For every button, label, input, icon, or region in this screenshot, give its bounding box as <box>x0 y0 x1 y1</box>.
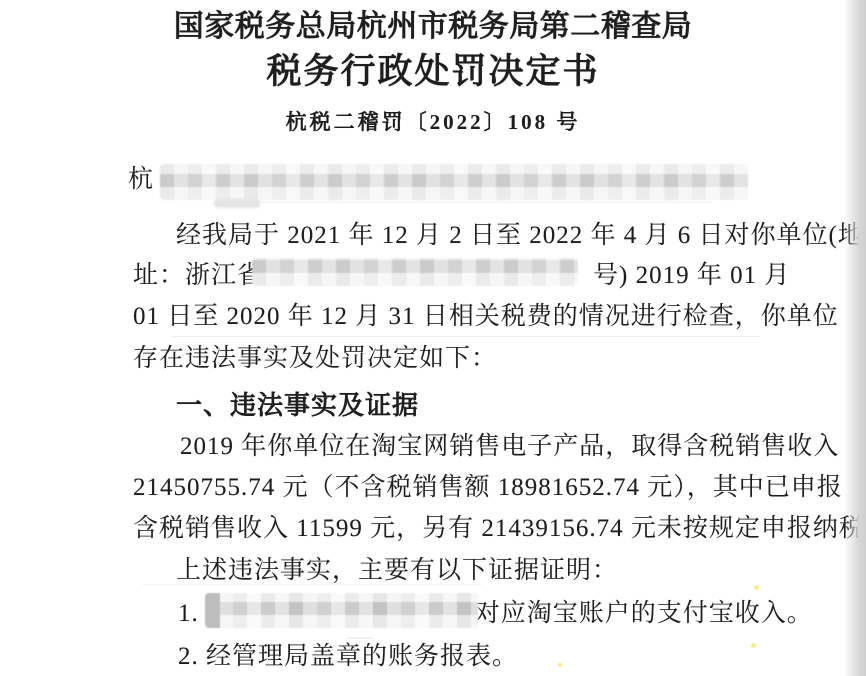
redaction-block <box>252 258 578 286</box>
document-number: 杭税二稽罚〔2022〕108 号 <box>0 110 866 134</box>
redaction-block <box>205 593 478 628</box>
address-suffix: 号) 2019 年 01 月 <box>593 262 790 289</box>
scan-edge-shadow <box>844 0 866 676</box>
body-line: 存在违法事实及处罚决定如下： <box>133 344 497 374</box>
evidence1-number: 1. <box>178 600 199 627</box>
address-prefix: 址：浙江省 <box>133 262 263 289</box>
scan-speck <box>751 643 756 648</box>
addressee-visible-text: 杭 <box>128 166 154 193</box>
document-title: 税务行政处罚决定书 <box>0 52 866 92</box>
body-line: 上述违法事实，主要有以下证据证明： <box>176 556 618 586</box>
evidence1-text: 对应淘宝账户的支付宝收入。 <box>475 600 813 627</box>
scan-artifact-line <box>142 584 482 585</box>
body-line: 01 日至 2020 年 12 月 31 日相关税费的情况进行检查，你单位 <box>133 302 839 332</box>
scanned-tax-penalty-document: 国家税务总局杭州市税务局第二稽查局 税务行政处罚决定书 杭税二稽罚〔2022〕1… <box>0 0 866 676</box>
body-line: 21450755.74 元（不含税销售额 18981652.74 元），其中已申… <box>133 473 843 503</box>
scan-smudge <box>214 199 260 208</box>
addressee-line: 杭 <box>128 165 154 195</box>
scan-artifact-dash <box>347 637 373 639</box>
scan-speck <box>754 585 759 590</box>
section-heading: 一、违法事实及证据 <box>176 390 419 421</box>
agency-title: 国家税务总局杭州市税务局第二稽查局 <box>0 10 866 45</box>
redaction-block <box>160 164 748 200</box>
body-line: 含税销售收入 11599 元，另有 21439156.74 元未按规定申报纳税。 <box>133 514 866 544</box>
body-line: 经我局于 2021 年 12 月 2 日至 2022 年 4 月 6 日对你单位… <box>176 221 864 251</box>
evidence-line-2: 2. 经管理局盖章的账务报表。 <box>178 642 518 672</box>
scan-artifact-line <box>170 336 760 337</box>
scan-artifact-line <box>222 201 712 203</box>
scan-speck <box>558 663 562 667</box>
body-line: 2019 年你单位在淘宝网销售电子产品，取得含税销售收入 <box>180 432 839 462</box>
